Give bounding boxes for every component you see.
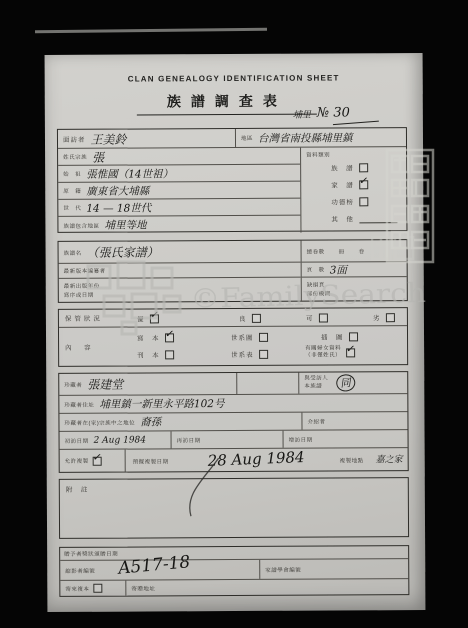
option-family-genealogy: 家 譜 [331,180,368,189]
content-women-data-checkbox [346,348,355,357]
copy-sent-label: 寄來複本 [65,584,89,592]
row-generations: 世 代 14 — 18世代 [58,199,300,217]
first-ancestor-label: 始 祖 [63,170,81,178]
pub-year-label: 最新出版年份 [64,282,100,290]
option-clan-genealogy: 族 譜 [331,163,368,172]
holder-position-label: 珍藏者在(家)宗族中之地位 [64,418,135,426]
origin-value: 廣東省大埔縣 [86,183,149,198]
section-book-info: 族譜名 （張氏家譜） 最新版本編纂者 最新出版年份 寫序或日期 [58,239,408,303]
content-illustrations: 插 圖 [321,332,358,341]
first-visit-cell: 初訪日期 2 Aug 1984 [60,431,172,449]
holder-spacer-cell [237,373,299,394]
additional-visit-label: 增訪日期 [289,435,313,443]
section-condition-content: 保管狀況 優 良 可 劣 內 容 [58,307,408,367]
book-info-body: 族譜名 （張氏家譜） 最新版本編纂者 最新出版年份 寫序或日期 [59,240,407,302]
first-visit-value: 2 Aug 1984 [94,435,146,445]
row-editor: 最新版本編纂者 [59,263,301,279]
holder-address-value: 埔里鎮一新里永平路102号 [99,396,224,412]
holder-position-cell: 珍藏者在(家)宗族中之地位 裔孫 [59,413,302,431]
condition-label: 保管狀況 [65,314,103,323]
relation-label-line2: 本族譜 [304,383,328,390]
copy-place-label: 複製地點 [340,456,364,464]
option-clan-genealogy-checkbox [359,163,368,172]
second-visit-cell: 再訪日期 [172,431,284,449]
surname-value: 張 [92,148,104,165]
content-printed: 刊 本 [137,350,174,359]
row-content: 內 容 寫 本 世系圖 插 圖 刊 本 世系表 [59,326,407,367]
option-merit-board-checkbox [359,197,368,206]
content-illustrations-label: 插 圖 [321,332,344,341]
relation-value: 同 [335,373,355,392]
option-merit-board: 功德榜 [331,197,368,206]
scan-edge-artifact [35,28,267,33]
row-pages: 頁 數 3面 [302,262,407,278]
option-other-underline [359,215,397,223]
content-lineage-table: 世系表 [231,350,268,359]
copy-date-label: 預擬複製日期 [133,457,169,465]
holder-value: 張建堂 [87,376,123,393]
condition-good-checkbox [251,314,260,323]
row-visit-dates: 初訪日期 2 Aug 1984 再訪日期 增訪日期 [60,430,408,450]
condition-excellent-label: 優 [137,314,145,323]
copy-sent-cell: 寄來複本 [60,581,126,596]
pages-value: 3面 [330,262,347,277]
holder-cell: 珍藏者 張建堂 [59,373,237,395]
content-lineage-chart-checkbox [259,333,268,342]
introducer-label: 介紹者 [307,417,325,425]
notes-label: 附 註 [66,485,89,494]
holder-label: 珍藏者 [64,380,82,388]
row-surname: 姓氏宗族 張 [58,148,300,166]
book-right-column: 總卷數 冊 卷 頁 數 3面 缺損頁 部份模糊 [302,240,407,301]
surname-label: 姓氏宗族 [63,153,87,161]
preface-date-label: 寫序或日期 [64,291,94,299]
generations-value: 14 — 18世代 [86,200,151,215]
row-numbers: 縮影者編號 A517-18 家譜學會編號 [60,559,408,581]
condition-fair: 可 [306,314,328,323]
covered-area-label: 族譜包含地區 [63,221,99,229]
covered-area-value: 埔里等地 [104,217,146,232]
basic-left-column: 姓氏宗族 張 始 祖 張惟國（14世祖） 原 籍 廣東省大埔縣 世 代 14 —… [58,148,301,234]
film-number-label: 縮影者編號 [65,566,95,574]
pen-stroke-artifact [167,454,237,524]
pages-label: 頁 數 [307,266,325,274]
region-label: 地區 [241,134,253,142]
genealogy-form-sheet: CLAN GENEALOGY IDENTIFICATION SHEET 族譜調查… [45,53,426,612]
content-lineage-chart: 世系圖 [231,333,268,342]
section-office-use: 贈予者獎狀頒贈日期 縮影者編號 A517-18 家譜學會編號 寄來複本 寄 [59,545,409,597]
damage-label: 缺損頁 [307,281,325,289]
condition-good: 良 [239,314,261,323]
content-printed-label: 刊 本 [137,350,160,359]
row-interviewer-region: 面訪者 王美鈴 地區 台灣省南投縣埔里鎮 [58,128,406,149]
option-other: 其 他 [331,214,397,223]
society-number-label: 家譜學會編號 [265,565,301,573]
row-damage: 缺損頁 部份模糊 [302,277,407,301]
volumes-unit-juan: 卷 [359,247,365,255]
region-value: 台灣省南投縣埔里鎮 [258,130,353,145]
content-illustrations-checkbox [349,332,358,341]
holder-address-label: 珍藏者住址 [64,400,94,408]
mail-address-cell: 寄贈地址 [126,579,408,595]
additional-visit-cell: 增訪日期 [284,430,408,448]
content-manuscript: 寫 本 [137,333,174,342]
row-book-name: 族譜名 （張氏家譜） [59,241,301,264]
serial-number: 埔里 № 30 [293,105,350,120]
first-visit-label: 初訪日期 [65,436,89,444]
row-copy-sent: 寄來複本 寄贈地址 [60,579,408,596]
mail-address-label: 寄贈地址 [131,584,155,592]
row-volumes: 總卷數 冊 卷 [302,240,407,263]
row-condition: 保管狀況 優 良 可 劣 [59,308,407,328]
holder-position-value: 裔孫 [140,414,161,429]
content-women-data-note: （非僅姓氏） [305,353,341,360]
first-ancestor-value: 張惟國（14世祖） [86,166,173,181]
condition-good-label: 良 [239,314,247,323]
option-merit-board-label: 功德榜 [331,197,354,206]
generations-label: 世 代 [63,204,81,212]
interviewer-value: 王美鈴 [90,130,126,147]
chinese-title: 族譜調查表 [137,91,317,116]
relation-cell: 與受訪人 本族譜 同 [299,372,407,394]
introducer-cell: 介紹者 [302,412,407,430]
basic-info-body: 姓氏宗族 張 始 祖 張惟國（14世祖） 原 籍 廣東省大埔縣 世 代 14 —… [58,147,406,234]
category-column: 資料類別 族 譜 家 譜 功德榜 其 他 [301,147,406,233]
category-label: 資料類別 [306,150,330,158]
row-holder-position: 珍藏者在(家)宗族中之地位 裔孫 介紹者 [59,412,407,432]
copy-place-value: 嘉之家 [376,452,403,465]
copy-permit-label: 允許複製 [65,457,89,465]
serial-no: № 30 [317,105,350,120]
copy-sent-checkbox [93,584,102,593]
book-name-label: 族譜名 [64,248,82,256]
editor-label: 最新版本編纂者 [64,267,106,275]
copy-permit-checkbox [93,456,102,465]
condition-fair-checkbox [318,314,327,323]
scanned-document-photo: CLAN GENEALOGY IDENTIFICATION SHEET 族譜調查… [0,0,468,628]
condition-fair-label: 可 [306,314,314,323]
origin-label: 原 籍 [63,187,81,195]
content-women-data: 有關婦女資料 （非僅姓氏） [305,345,355,360]
english-title: CLAN GENEALOGY IDENTIFICATION SHEET [45,73,423,84]
interviewer-label: 面訪者 [63,134,86,143]
serial-underline [333,121,379,125]
volumes-unit-ce: 冊 [339,247,345,255]
section-basic-info: 面訪者 王美鈴 地區 台灣省南投縣埔里鎮 姓氏宗族 張 始 祖 張惟國（14世 [57,127,408,233]
row-first-ancestor: 始 祖 張惟國（14世祖） [58,165,300,183]
content-manuscript-checkbox [165,333,174,342]
condition-poor-label: 劣 [373,313,381,322]
row-holder-address: 珍藏者住址 埔里鎮一新里永平路102号 [59,394,407,414]
content-label: 內 容 [65,343,94,352]
row-publication: 最新出版年份 寫序或日期 [59,278,301,302]
content-lineage-table-label: 世系表 [231,350,254,359]
blur-label: 部份模糊 [307,289,331,297]
condition-excellent-checkbox [149,314,158,323]
serial-place: 埔里 [293,108,311,121]
copy-permit-cell: 允許複製 [60,450,126,472]
film-number-cell: 縮影者編號 A517-18 [60,560,260,580]
volumes-label: 總卷數 [307,247,325,255]
option-family-genealogy-label: 家 譜 [331,180,354,189]
book-left-column: 族譜名 （張氏家譜） 最新版本編纂者 最新出版年份 寫序或日期 [59,241,302,302]
option-family-genealogy-checkbox [359,180,368,189]
content-manuscript-label: 寫 本 [137,333,160,342]
condition-poor-checkbox [385,313,394,322]
content-printed-checkbox [165,350,174,359]
option-other-label: 其 他 [331,214,354,223]
condition-poor: 劣 [373,313,395,322]
row-origin: 原 籍 廣東省大埔縣 [58,182,300,200]
content-lineage-table-checkbox [259,350,268,359]
content-lineage-chart-label: 世系圖 [231,333,254,342]
interviewer-cell: 面訪者 王美鈴 [58,129,236,148]
region-cell: 地區 台灣省南投縣埔里鎮 [236,128,406,147]
option-clan-genealogy-label: 族 譜 [331,163,354,172]
award-date-label: 贈予者獎狀頒贈日期 [64,550,118,558]
society-number-cell: 家譜學會編號 [260,559,408,579]
row-covered-area: 族譜包含地區 埔里等地 [58,216,300,234]
book-name-value: （張氏家譜） [87,243,159,260]
second-visit-label: 再訪日期 [177,436,201,444]
row-holder: 珍藏者 張建堂 與受訪人 本族譜 同 [59,372,407,396]
condition-excellent: 優 [137,314,159,323]
